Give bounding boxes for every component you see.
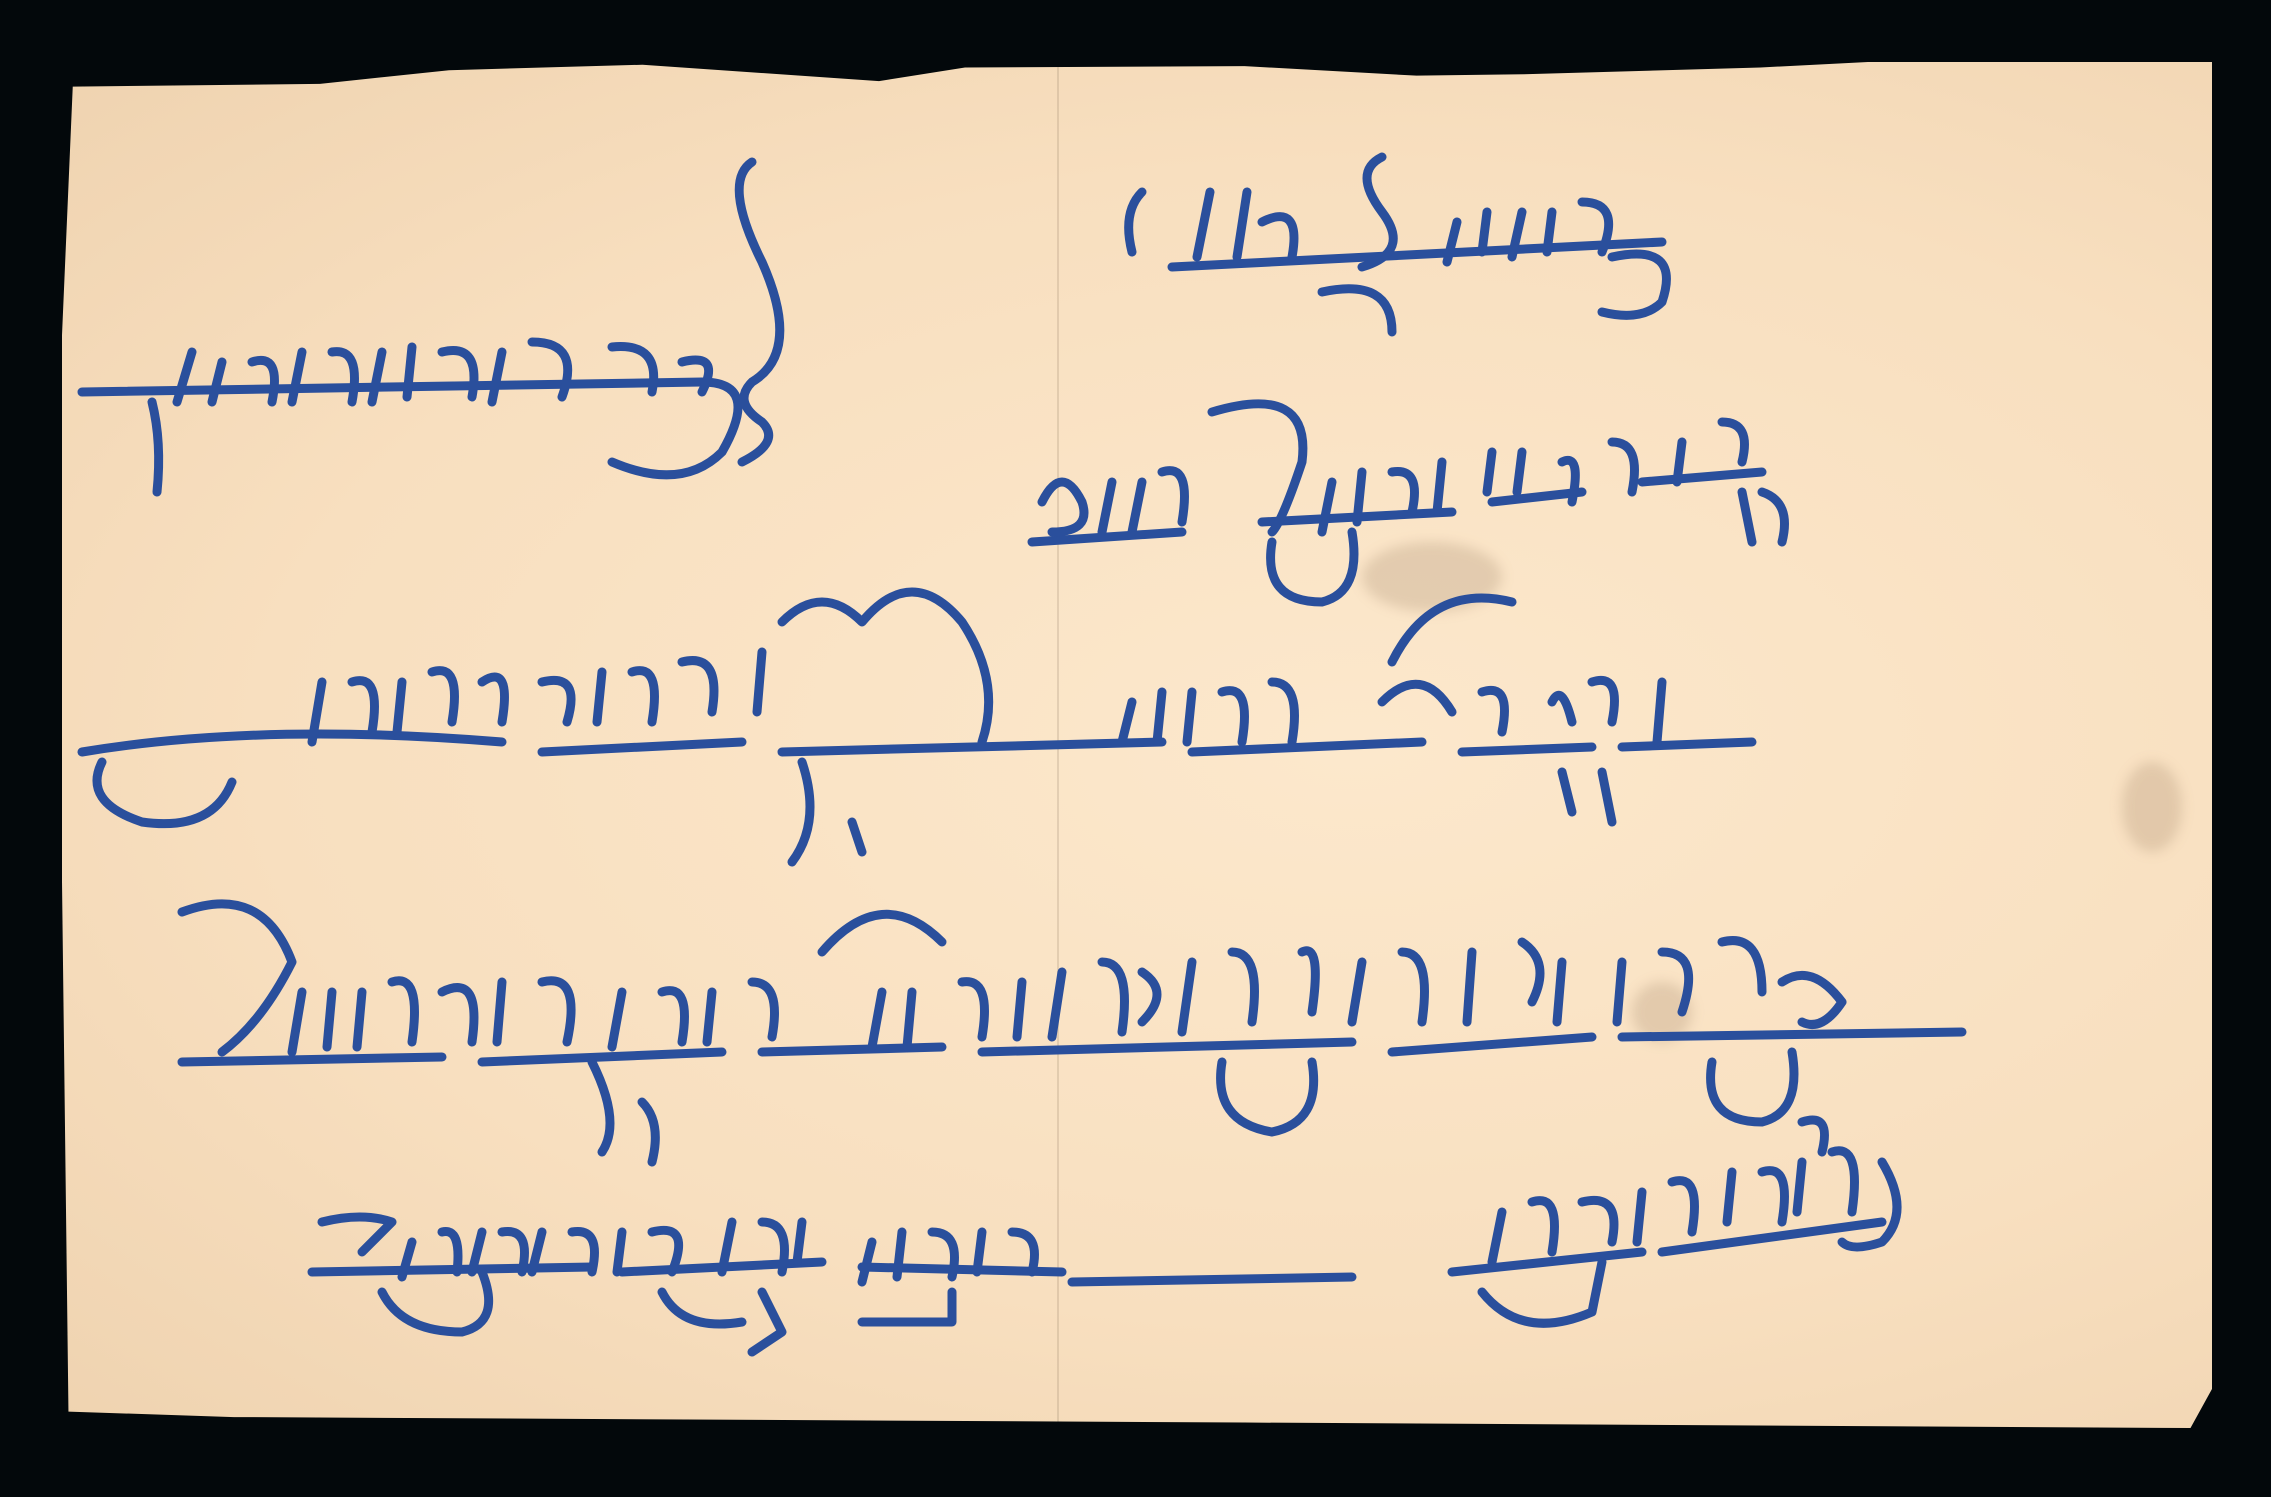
address-line-5: [182, 904, 1962, 1162]
address-line-3: [1032, 404, 1785, 602]
handwriting-ink: [62, 62, 2212, 1428]
address-line-6: [312, 1217, 1352, 1352]
envelope: [62, 62, 2212, 1428]
address-line-2: [82, 162, 780, 492]
address-line-7: [1452, 1120, 1897, 1323]
address-line-1: [1129, 157, 1667, 332]
address-line-4: [82, 592, 1752, 862]
